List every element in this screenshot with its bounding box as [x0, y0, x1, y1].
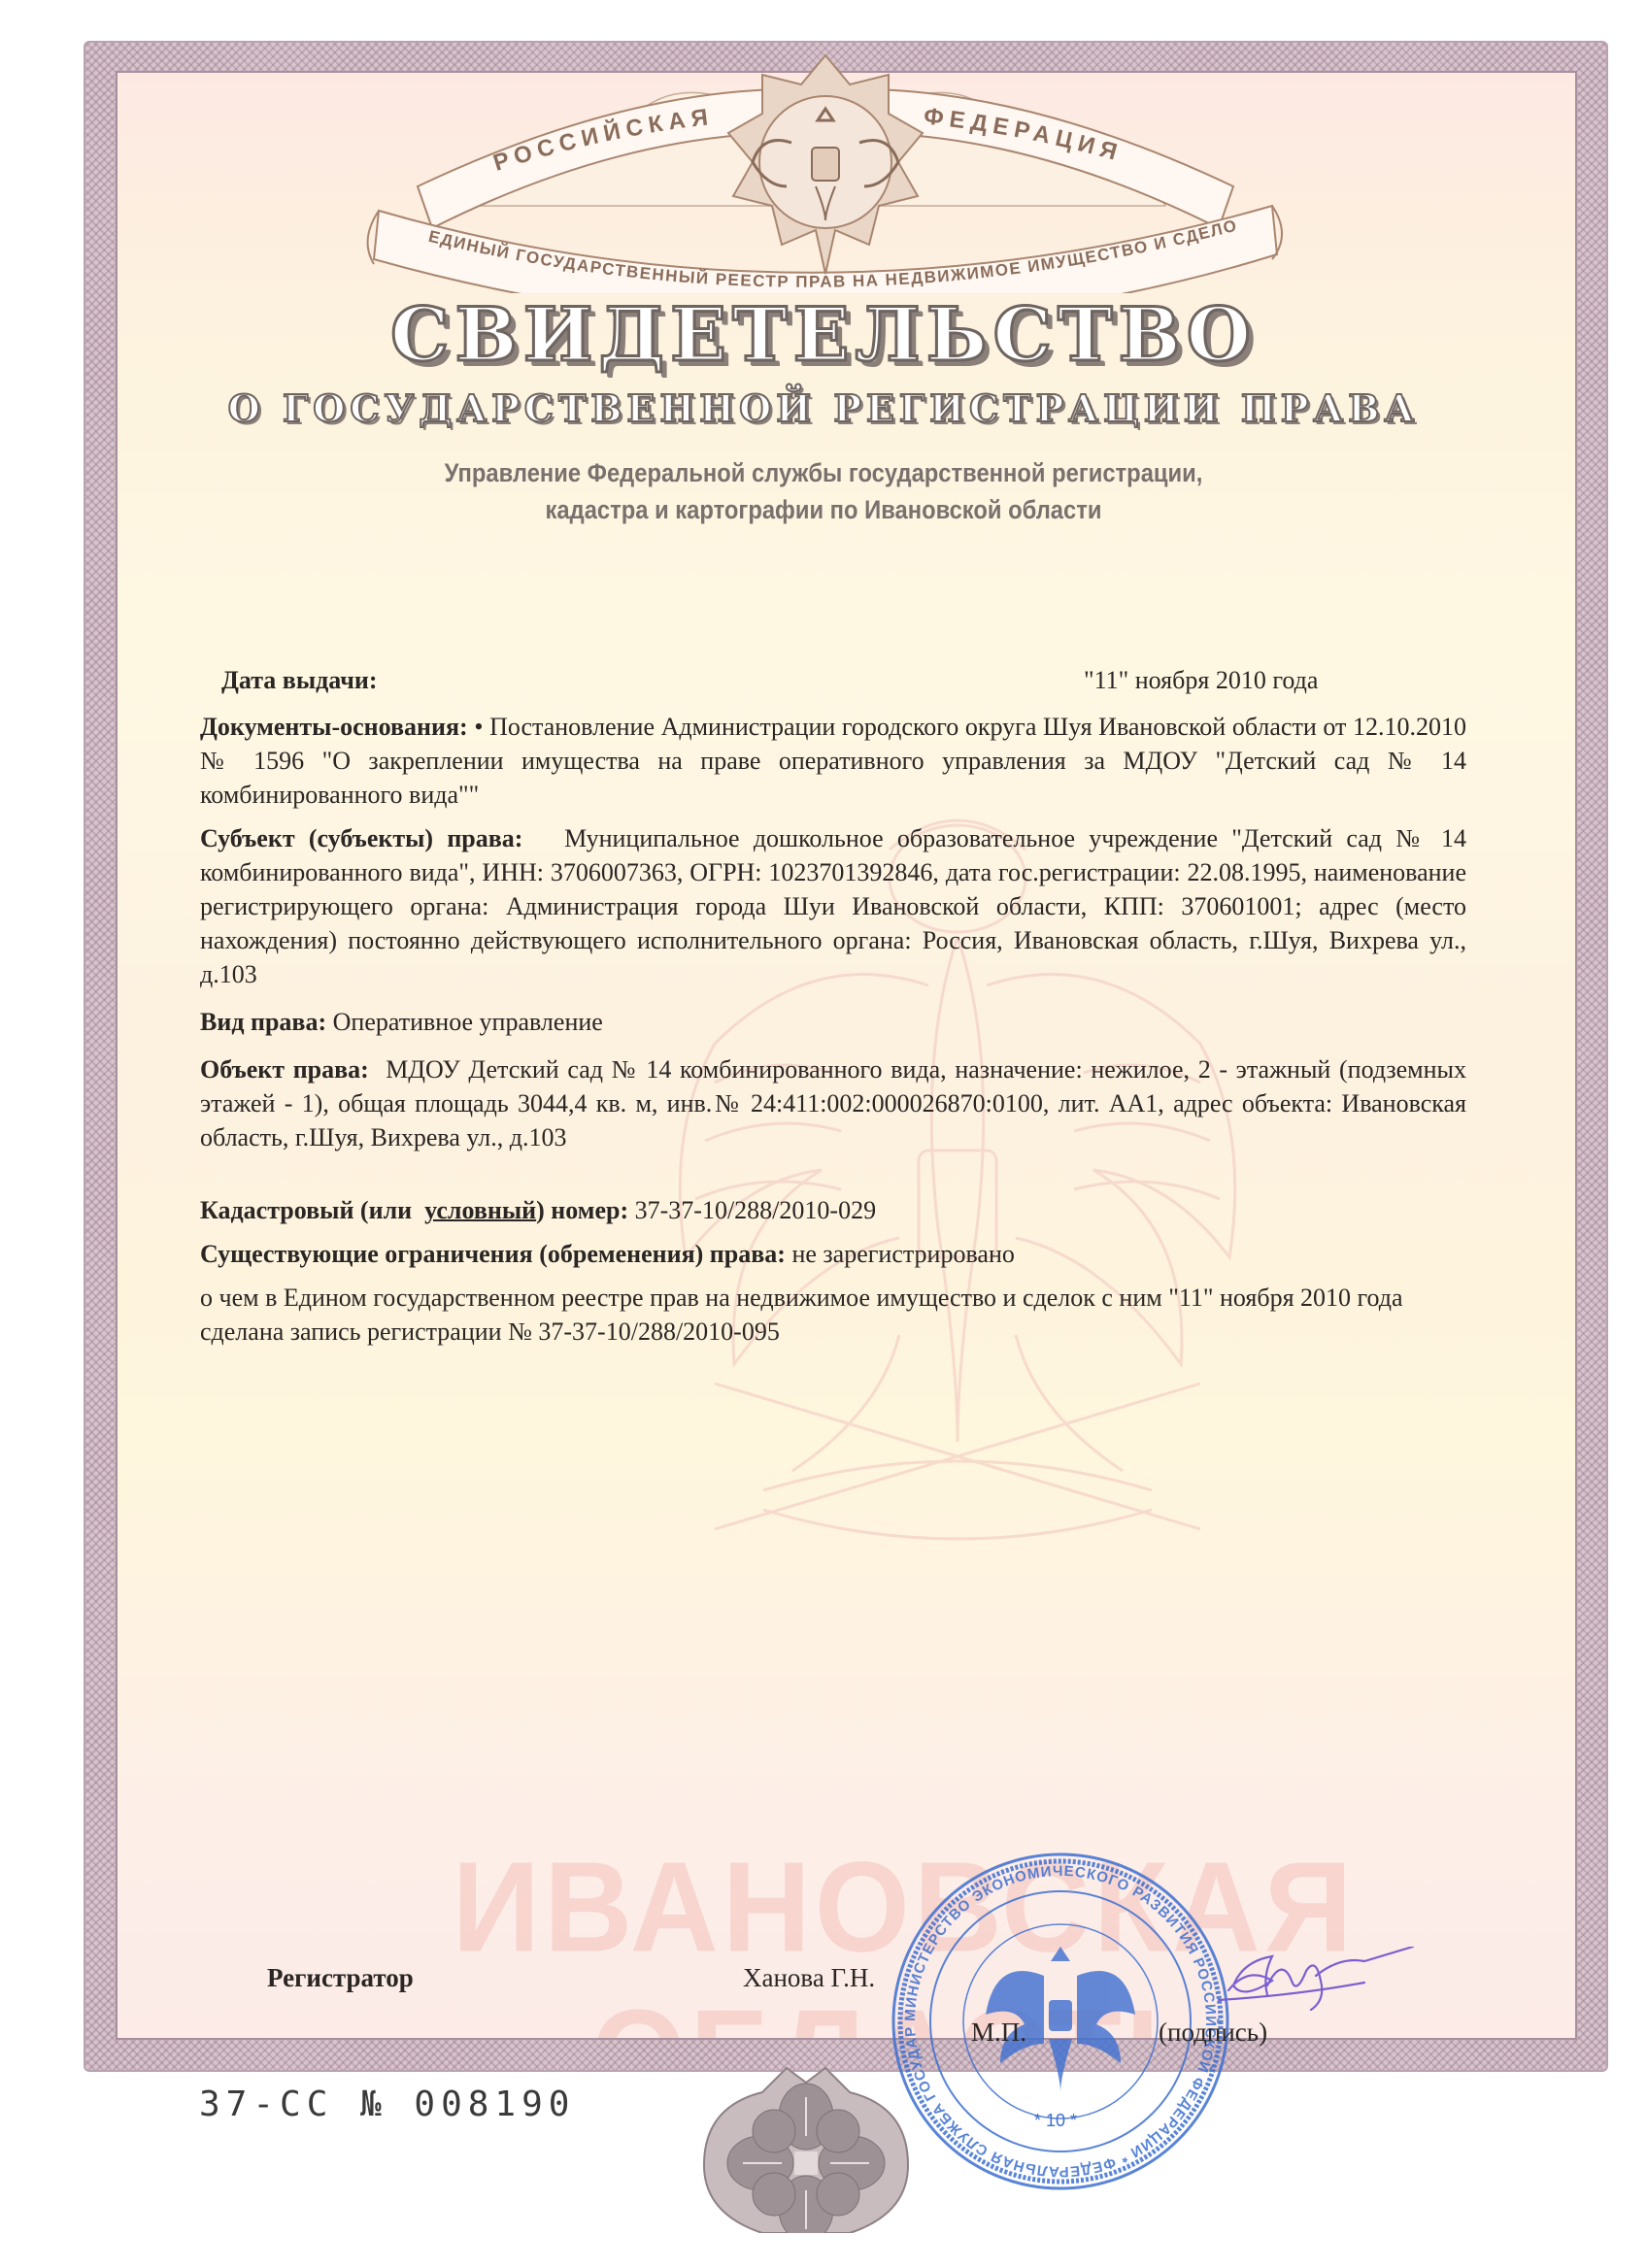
subject-label: Субъект (субъекты) права:	[200, 824, 522, 852]
seal-placeholder-label: М.П.	[971, 2018, 1026, 2048]
encumbrances: Существующие ограничения (обременения) п…	[200, 1237, 1466, 1271]
issue-date-value: "11" ноября 2010 года	[1084, 663, 1318, 697]
issuer-line-2: кадастра и картографии по Ивановской обл…	[99, 491, 1548, 528]
documents-basis-label: Документы-основания:	[200, 713, 468, 741]
subject-of-right: Субъект (субъекты) права: Муниципальное …	[200, 821, 1466, 991]
cadastral-number: Кадастровый (или условный) номер: 37-37-…	[200, 1193, 1466, 1227]
encumbrances-label: Существующие ограничения (обременения) п…	[200, 1240, 786, 1268]
object-label: Объект права:	[200, 1055, 369, 1084]
emblem-ribbon: РОССИЙСКАЯ ФЕДЕРАЦИЯ ЕДИНЫЙ ГОСУДАРСТВЕН…	[359, 50, 1292, 293]
right-type: Вид права: Оперативное управление	[200, 1005, 1466, 1039]
issuer-line-1: Управление Федеральной службы государств…	[99, 454, 1548, 491]
object-of-right: Объект права: МДОУ Детский сад № 14 комб…	[200, 1052, 1466, 1154]
cadastral-label: Кадастровый (или условный) номер:	[200, 1196, 628, 1224]
signature-placeholder-label: (подпись)	[1159, 2018, 1267, 2048]
coat-of-arms-icon	[728, 55, 923, 274]
registrar-label: Регистратор	[267, 1963, 414, 1993]
registration-record-note: о чем в Едином государственном реестре п…	[200, 1281, 1443, 1349]
handwritten-signature	[1209, 1947, 1423, 2019]
cadastral-label-underlined: условный	[424, 1196, 536, 1224]
encumbrances-value: не зарегистрировано	[791, 1240, 1014, 1268]
stamp-number: * 10 *	[1034, 2111, 1077, 2130]
issue-date-label: Дата выдачи:	[221, 663, 378, 697]
certificate-body: Дата выдачи: "11" ноября 2010 года Докум…	[200, 663, 1466, 1349]
certificate-serial-number: 37-СС № 008190	[199, 2085, 575, 2124]
issuing-authority: Управление Федеральной службы государств…	[99, 454, 1548, 528]
cadastral-value: 37-37-10/288/2010-029	[635, 1196, 876, 1224]
object-value: МДОУ Детский сад № 14 комбинированного в…	[200, 1055, 1466, 1151]
certificate-title: СВИДЕТЕЛЬСТВО	[0, 291, 1647, 378]
certificate-subtitle: О ГОСУДАРСТВЕННОЙ РЕГИСТРАЦИИ ПРАВА	[0, 386, 1647, 430]
issue-date-row: Дата выдачи: "11" ноября 2010 года	[200, 663, 1466, 702]
registrar-name: Ханова Г.Н.	[743, 1963, 875, 1993]
right-type-label: Вид права:	[200, 1008, 326, 1036]
right-type-value: Оперативное управление	[333, 1008, 603, 1036]
documents-basis: Документы-основания: • Постановление Адм…	[200, 710, 1466, 812]
